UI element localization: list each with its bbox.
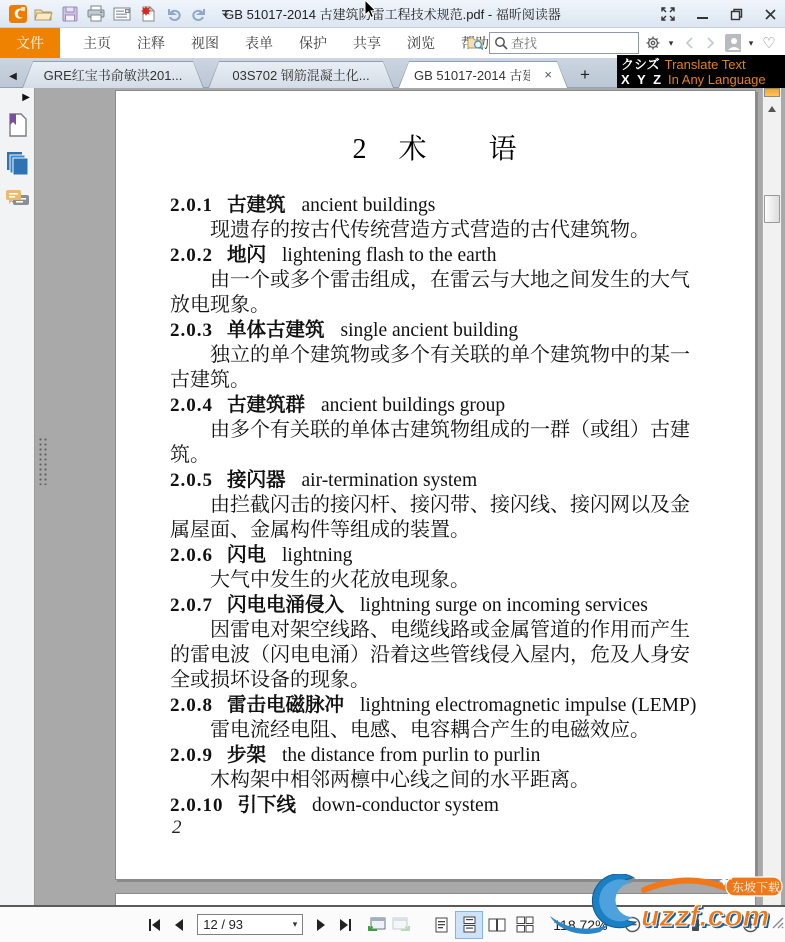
resize-grip[interactable] [771,916,785,933]
term-entry: 2.0.6闪电lightning 大气中发生的火花放电现象。 [170,543,705,593]
term-name-en: ancient buildings [302,195,436,216]
customize-toolbar-dropdown-icon[interactable] [216,4,235,23]
navigation-sidebar: ▶ [0,88,35,905]
close-button[interactable] [761,5,779,23]
menu-file-button[interactable]: 文件 [0,28,60,58]
menu-right-tools: ▾ ▾ ♡ [467,28,777,58]
vertical-scrollbar[interactable] [762,88,781,905]
term-entry: 2.0.4古建筑群ancient buildings group 由多个有关联的… [170,393,705,468]
term-name-en: lightning [282,545,352,566]
menu-item[interactable]: 共享 [340,28,394,58]
menu-item[interactable]: 视图 [178,28,232,58]
term-entry: 2.0.2地闪lightening flash to the earth 由一个… [170,243,705,318]
term-name-en: air-termination system [302,470,478,491]
term-definition: 由一个或多个雷击组成，在雷云与大地之间发生的大气放电现象。 [170,268,705,318]
term-definition: 现遗存的按古代传统营造方式营造的古代建筑物。 [170,218,705,243]
ad-xyz-text: X Y Z [621,72,663,87]
term-number: 2.0.1 [170,195,213,216]
term-definition: 由拦截闪击的接闪杆、接闪带、接闪线、接闪网以及金属屋面、金属构件等组成的装置。 [170,493,705,543]
favorite-heart-icon[interactable]: ♡ [761,32,777,54]
fullscreen-button[interactable] [659,5,677,23]
zoom-dropdown-caret-icon[interactable]: ▾ [610,919,615,930]
term-name-zh: 单体古建筑 [227,319,325,341]
quick-access-toolbar [0,4,235,23]
zoom-slider-handle[interactable] [692,919,699,931]
tab-close-icon[interactable]: × [544,68,552,81]
open-file-button[interactable] [34,4,53,23]
term-name-en: the distance from purlin to purlin [282,745,540,766]
print-button[interactable] [86,4,105,23]
redo-button[interactable] [190,4,209,23]
sidebar-expand-icon[interactable]: ▶ [22,92,30,103]
term-name-zh: 地闪 [227,244,266,266]
tab-gre-book[interactable]: GRE红宝书俞敏洪201... [22,61,204,88]
term-definition: 雷电流经电阻、电感、电容耦合产生的电磁效应。 [170,718,705,743]
zoom-percentage[interactable]: 118.72% [553,917,607,933]
menu-items: 主页 注释 视图 表单 保护 共享 浏览 帮助 [70,28,502,58]
tab-scroll-left-icon[interactable]: ◀ [4,64,22,88]
page-footer-number: 2 [172,817,182,839]
term-definition: 木构架中相邻两檩中心线之间的水平距离。 [170,768,705,793]
term-number: 2.0.6 [170,545,213,566]
term-name-zh: 接闪器 [227,469,286,491]
term-name-zh: 闪电电涌侵入 [227,594,344,616]
account-dropdown-caret-icon[interactable]: ▾ [747,32,755,54]
previous-view-button[interactable] [365,913,389,937]
first-page-button[interactable] [143,913,167,937]
save-button[interactable] [60,4,79,23]
search-folder-icon[interactable] [467,32,483,54]
term-name-zh: 闪电 [227,544,266,566]
email-button[interactable] [112,4,131,23]
term-number: 2.0.8 [170,695,213,716]
foxit-logo-icon [8,4,27,23]
term-entry: 2.0.3单体古建筑single ancient building 独立的单个建… [170,318,705,393]
single-page-view-button[interactable] [428,912,454,938]
term-definition: 独立的单个建筑物或多个有关联的单个建筑物中的某一古建筑。 [170,343,705,393]
menu-item[interactable]: 保护 [286,28,340,58]
gear-icon[interactable] [645,32,661,54]
translate-ad-overlay[interactable]: クシズ Translate Text X Y Z In Any Language [617,55,785,88]
continuous-view-button[interactable] [456,912,482,938]
term-definition: 由多个有关联的单体古建筑物组成的一群（或组）古建筑。 [170,418,705,468]
undo-button[interactable] [164,4,183,23]
page-thumbnails-panel-button[interactable] [5,151,29,175]
term-name-en: single ancient building [341,320,519,341]
term-entry: 2.0.8雷击电磁脉冲lightning electromagnetic imp… [170,693,705,743]
scrollbar-split-handle[interactable] [764,88,780,97]
status-bar: 12 / 93 ▾ 118.72% ▾ [0,905,785,942]
main-area: ▶ 2 术 语 2.0.1古建筑ancient buildings 现遗存的按古… [0,88,785,905]
term-name-en: down-conductor system [312,795,499,816]
term-name-en: lightning electromagnetic impulse (LEMP) [360,695,696,716]
history-forward-icon[interactable] [703,32,719,54]
restore-button[interactable] [727,5,745,23]
page-dropdown-caret-icon[interactable]: ▾ [293,919,298,930]
history-back-icon[interactable] [681,32,697,54]
menu-item[interactable]: 注释 [124,28,178,58]
ribbon-menu-bar: 文件 主页 注释 视图 表单 保护 共享 浏览 帮助 ▾ [0,28,785,58]
term-number: 2.0.7 [170,595,213,616]
facing-view-button[interactable] [484,912,510,938]
term-entry: 2.0.5接闪器air-termination system 由拦截闪击的接闪杆… [170,468,705,543]
term-number: 2.0.4 [170,395,213,416]
term-name-zh: 雷击电磁脉冲 [227,694,344,716]
term-number: 2.0.3 [170,320,213,341]
menu-item[interactable]: 表单 [232,28,286,58]
previous-page-button[interactable] [167,913,191,937]
page-number-input[interactable]: 12 / 93 ▾ [197,914,303,935]
term-name-zh: 步架 [227,744,266,766]
bookmarks-panel-button[interactable] [5,113,29,137]
term-name-en: lightening flash to the earth [282,245,496,266]
term-name-zh: 引下线 [238,794,297,816]
page-navigation: 12 / 93 ▾ [143,913,357,937]
last-page-button[interactable] [333,913,357,937]
zoom-slider[interactable] [650,915,733,935]
term-name-en: lightning surge on incoming services [360,595,648,616]
ad-line2: In Any Language [668,72,766,87]
term-entry: 2.0.9步架the distance from purlin to purli… [170,743,705,793]
term-name-zh: 古建筑群 [227,394,305,416]
term-name-zh: 古建筑 [227,194,286,216]
menu-item[interactable]: 主页 [70,28,124,58]
scroll-up-arrow-icon[interactable] [763,102,781,116]
zoom-in-button[interactable] [739,913,761,937]
minimize-button[interactable] [693,5,711,23]
continuous-facing-view-button[interactable] [512,912,538,938]
comments-panel-button[interactable] [5,189,29,213]
new-tab-button[interactable]: + [572,62,598,88]
tab-03s702[interactable]: 03S702 钢筋混凝土化... [208,61,394,88]
tab-gb51017-active[interactable]: GB 51017-2014 古建... × [398,61,568,88]
terms-list: 2.0.1古建筑ancient buildings 现遗存的按古代传统营造方式营… [170,193,705,818]
zoom-out-button[interactable] [622,913,644,937]
create-pdf-button[interactable] [138,4,157,23]
view-history [365,913,413,937]
page-view-modes [427,912,539,938]
find-searchbox[interactable] [489,32,639,54]
next-view-button[interactable] [389,913,413,937]
term-entry: 2.0.10引下线down-conductor system [170,793,705,818]
term-name-en: ancient buildings group [321,395,505,416]
menu-item[interactable]: 浏览 [394,28,448,58]
pdf-page: 2 术 语 2.0.1古建筑ancient buildings 现遗存的按古代传… [115,90,756,880]
term-entry: 2.0.7闪电电涌侵入lightning surge on incoming s… [170,593,705,693]
term-definition: 大气中发生的火花放电现象。 [170,568,705,593]
ad-line1: Translate Text [665,57,746,72]
term-number: 2.0.2 [170,245,213,266]
title-bar: GB 51017-2014 古建筑防雷工程技术规范.pdf - 福昕阅读器 [0,0,785,28]
search-icon [494,36,508,50]
term-entry: 2.0.1古建筑ancient buildings 现遗存的按古代传统营造方式营… [170,193,705,243]
term-definition: 因雷电对架空线路、电缆线路或金属管道的作用而产生的雷电波（闪电电涌）沿着这些管线… [170,618,705,693]
find-input[interactable] [511,36,621,51]
term-number: 2.0.10 [170,795,224,816]
user-avatar[interactable] [725,32,741,54]
panel-splitter-handle[interactable] [38,437,48,485]
chapter-heading: 2 术 语 [116,127,755,167]
term-number: 2.0.5 [170,470,213,491]
term-number: 2.0.9 [170,745,213,766]
window-controls [659,0,779,28]
next-page-button[interactable] [309,913,333,937]
scrollbar-thumb[interactable] [764,195,780,223]
ad-jp-text: クシズ [621,57,660,72]
gear-dropdown-caret-icon[interactable]: ▾ [667,32,675,54]
